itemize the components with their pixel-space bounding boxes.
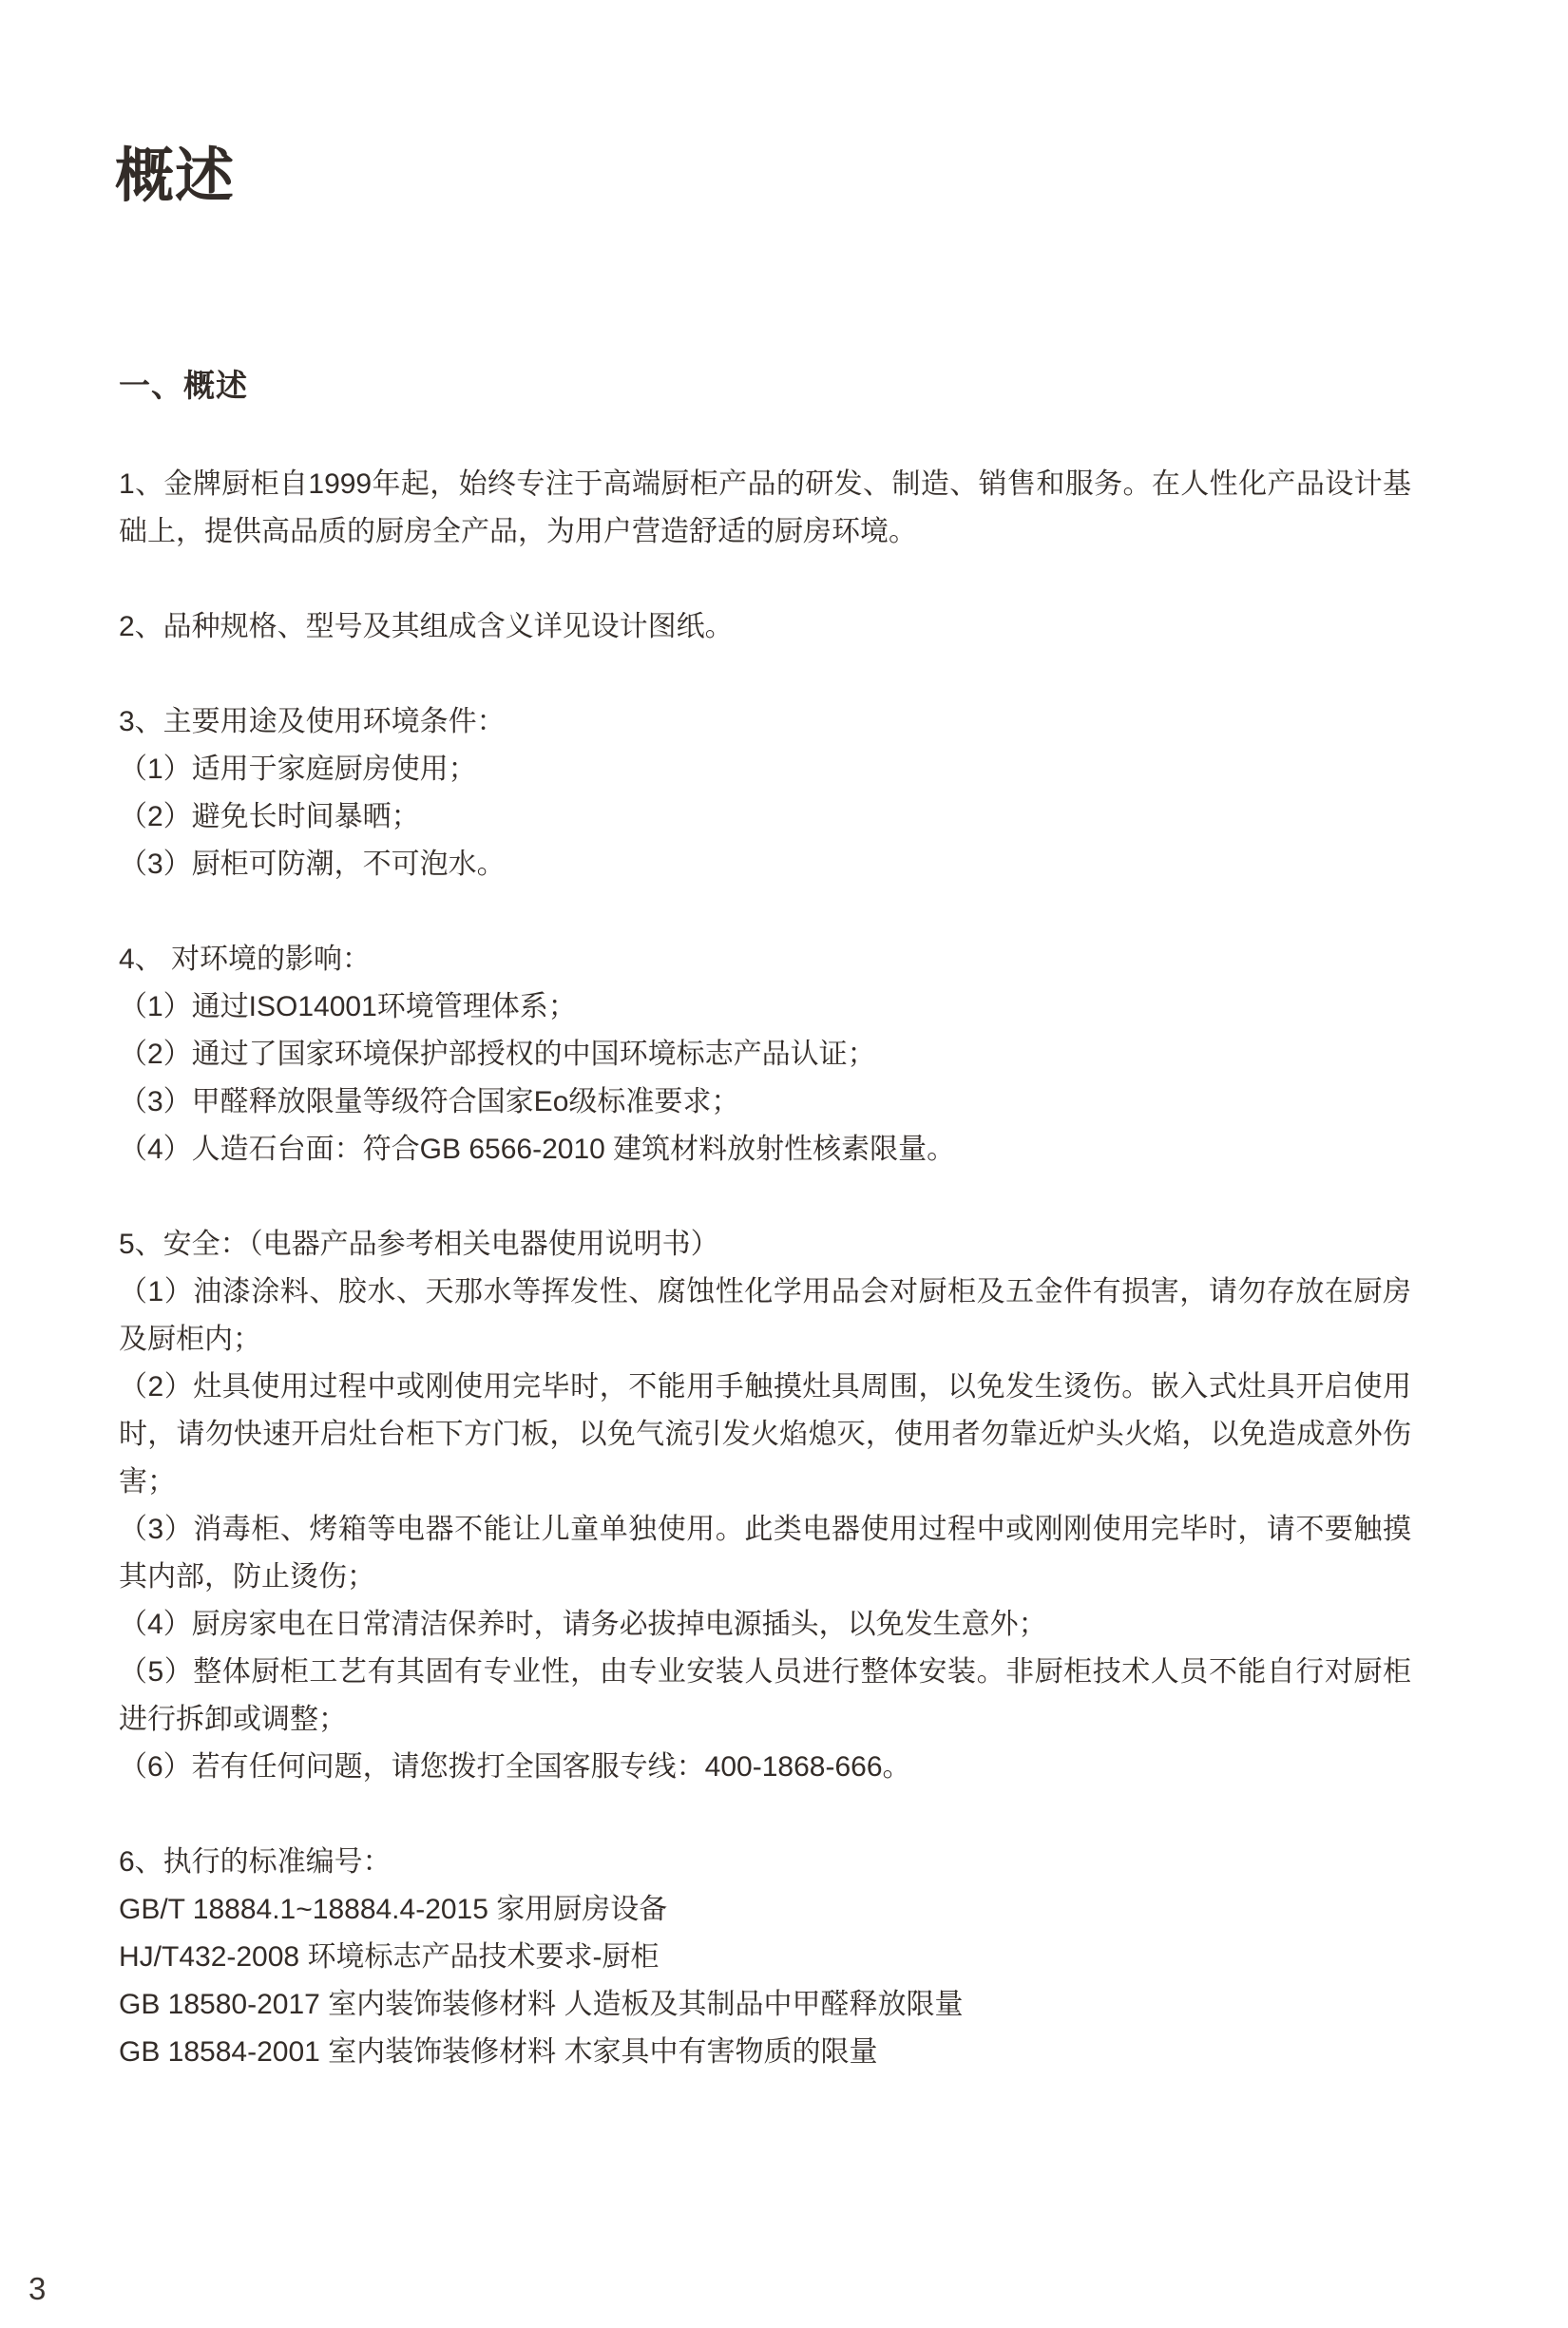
paragraph-line: （1）通过ISO14001环境管理体系； xyxy=(119,983,1411,1031)
paragraph-line: 5、安全：（电器产品参考相关电器使用说明书） xyxy=(119,1221,1411,1269)
section-heading: 一、概述 xyxy=(119,369,248,403)
paragraph-line: 3、主要用途及使用环境条件： xyxy=(119,698,1411,746)
paragraph-line: HJ/T432-2008 环境标志产品技术要求-厨柜 xyxy=(119,1934,1411,1981)
paragraph-line: （3）甲醛释放限量等级符合国家Eo级标准要求； xyxy=(119,1078,1411,1126)
paragraph-line: （6）若有任何问题，请您拨打全国客服专线：400-1868-666。 xyxy=(119,1744,1411,1791)
paragraph-line: GB 18580-2017 室内装饰装修材料 人造板及其制品中甲醛释放限量 xyxy=(119,1981,1411,2029)
paragraph-line: （3）厨柜可防潮，不可泡水。 xyxy=(119,841,1411,888)
paragraph-line: （3）消毒柜、烤箱等电器不能让儿童单独使用。此类电器使用过程中或刚刚使用完毕时，… xyxy=(119,1506,1411,1601)
paragraph-line: 2、品种规格、型号及其组成含义详见设计图纸。 xyxy=(119,603,1411,651)
page-number: 3 xyxy=(29,2273,46,2304)
paragraph-line: （2）避免长时间暴晒； xyxy=(119,793,1411,841)
document-body: 1、金牌厨柜自1999年起，始终专注于高端厨柜产品的研发、制造、销售和服务。在人… xyxy=(119,461,1411,2124)
paragraph: 3、主要用途及使用环境条件：（1）适用于家庭厨房使用；（2）避免长时间暴晒；（3… xyxy=(119,698,1411,888)
paragraph: 2、品种规格、型号及其组成含义详见设计图纸。 xyxy=(119,603,1411,651)
paragraph-line: （2）通过了国家环境保护部授权的中国环境标志产品认证； xyxy=(119,1031,1411,1078)
paragraph: 5、安全：（电器产品参考相关电器使用说明书）（1）油漆涂料、胶水、天那水等挥发性… xyxy=(119,1221,1411,1791)
paragraph-line: （1）油漆涂料、胶水、天那水等挥发性、腐蚀性化学用品会对厨柜及五金件有损害，请勿… xyxy=(119,1269,1411,1364)
paragraph-line: （2）灶具使用过程中或刚使用完毕时，不能用手触摸灶具周围，以免发生烫伤。嵌入式灶… xyxy=(119,1364,1411,1506)
paragraph: 1、金牌厨柜自1999年起，始终专注于高端厨柜产品的研发、制造、销售和服务。在人… xyxy=(119,461,1411,556)
paragraph: 6、执行的标准编号：GB/T 18884.1~18884.4-2015 家用厨房… xyxy=(119,1839,1411,2076)
paragraph-line: （4）人造石台面：符合GB 6566-2010 建筑材料放射性核素限量。 xyxy=(119,1126,1411,1174)
paragraph-line: 6、执行的标准编号： xyxy=(119,1839,1411,1886)
paragraph-line: 1、金牌厨柜自1999年起，始终专注于高端厨柜产品的研发、制造、销售和服务。在人… xyxy=(119,461,1411,556)
paragraph-line: GB/T 18884.1~18884.4-2015 家用厨房设备 xyxy=(119,1886,1411,1934)
page-title: 概述 xyxy=(115,144,235,209)
paragraph-line: （4）厨房家电在日常清洁保养时，请务必拔掉电源插头，以免发生意外； xyxy=(119,1601,1411,1649)
paragraph-line: 4、 对环境的影响： xyxy=(119,936,1411,983)
paragraph-line: （1）适用于家庭厨房使用； xyxy=(119,746,1411,793)
paragraph-line: （5）整体厨柜工艺有其固有专业性，由专业安装人员进行整体安装。非厨柜技术人员不能… xyxy=(119,1649,1411,1744)
paragraph-line: GB 18584-2001 室内装饰装修材料 木家具中有害物质的限量 xyxy=(119,2029,1411,2076)
document-page: 概述 一、概述 1、金牌厨柜自1999年起，始终专注于高端厨柜产品的研发、制造、… xyxy=(0,0,1568,2328)
paragraph: 4、 对环境的影响：（1）通过ISO14001环境管理体系；（2）通过了国家环境… xyxy=(119,936,1411,1174)
